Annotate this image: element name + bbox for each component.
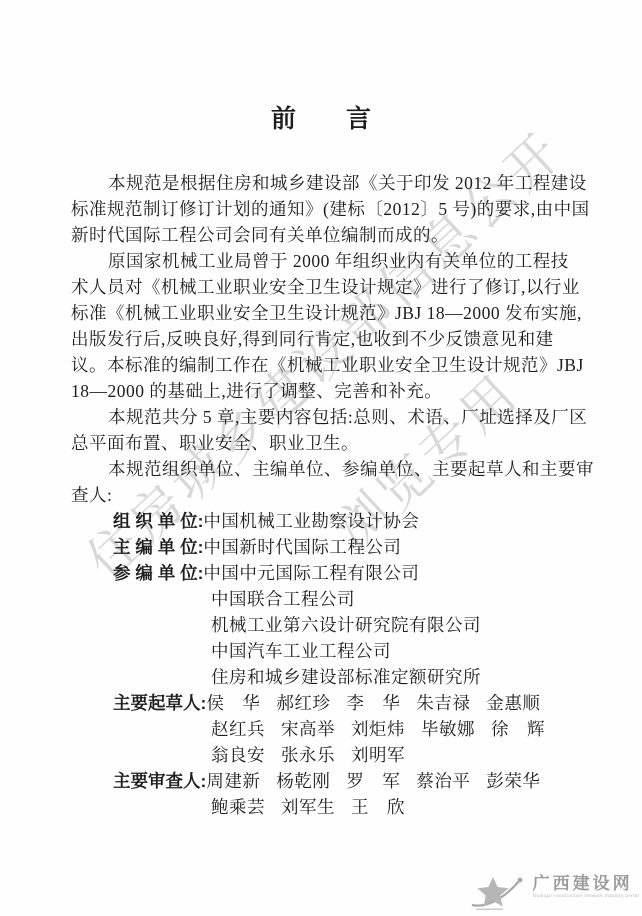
site-logo-text: 广西建设网 Guangxi construction network indus… [533,874,639,899]
unit-row: 中国联合工程公司 [71,586,576,612]
document-page: 住房城乡建设部信息公开 浏览专用 前 言 本规范是根据住房和城乡建设部《关于印发… [0,0,642,916]
person-name: 宋高举 [281,716,334,742]
paragraph-line: 总平面布置、职业安全、职业卫生。 [71,430,576,456]
person-name: 翁良安 [211,742,264,768]
unit-name: 中国汽车工业工程公司 [211,641,391,661]
person-name: 毕敏娜 [421,716,474,742]
paragraph-line: 本规范是根据住房和城乡建设部《关于印发 2012 年工程建设 [71,170,576,196]
paragraph: 本规范是根据住房和城乡建设部《关于印发 2012 年工程建设标准规范制订修订计划… [71,170,576,248]
people-label: 主要起草人: [113,693,206,713]
paragraph-line: 标准规范制订修订计划的通知》(建标〔2012〕5 号)的要求,由中国 [71,196,576,222]
person-name: 刘军生 [281,794,334,820]
paragraph-line: 出版发行后,反映良好,得到同行肯定,也收到不少反馈意见和建 [71,326,576,352]
person-name: 周建新 [206,768,259,794]
paragraph: 本规范组织单位、主编单位、参编单位、主要起草人和主要审查人: [71,456,576,508]
unit-row: 中国汽车工业工程公司 [71,638,576,664]
unit-row: 组 织 单 位:中国机械工业勘察设计协会 [71,508,576,534]
paragraph-line: 标准《机械工业职业安全卫生设计规范》JBJ 18—2000 发布实施, [71,300,576,326]
paragraph-line: 18—2000 的基础上,进行了调整、完善和补充。 [71,378,576,404]
unit-label: 参 编 单 位: [113,563,203,583]
unit-name: 中国新时代国际工程公司 [203,537,401,557]
person-name: 赵红兵 [211,716,264,742]
preface-content: 本规范是根据住房和城乡建设部《关于印发 2012 年工程建设标准规范制订修订计划… [71,170,576,820]
person-name: 朱吉禄 [416,690,469,716]
unit-name: 中国中元国际工程有限公司 [203,563,419,583]
person-name: 张永乐 [281,742,334,768]
people-row: 主要审查人:周建新杨乾刚罗 军蔡治平彭荣华 [71,768,576,794]
paragraph-line: 议。本标准的编制工作在《机械工业职业安全卫生设计规范》JBJ [71,352,576,378]
paragraph: 本规范共分 5 章,主要内容包括:总则、术语、厂址选择及厂区总平面布置、职业安全… [71,404,576,456]
unit-row: 主 编 单 位:中国新时代国际工程公司 [71,534,576,560]
site-logo-name: 广西建设网 [533,874,639,893]
person-name: 罗 军 [346,768,399,794]
person-name: 蔡治平 [416,768,469,794]
people-row: 翁良安张永乐刘明军 [71,742,576,768]
people-label: 主要审查人: [113,771,206,791]
person-name: 彭荣华 [486,768,539,794]
paragraph: 原国家机械工业局曾于 2000 年组织业内有关单位的工程技术人员对《机械工业职业… [71,248,576,404]
people-row: 鲍乘芸刘军生王 欣 [71,794,576,820]
unit-name: 住房和城乡建设部标准定额研究所 [211,667,481,687]
person-name: 侯 华 [206,690,259,716]
site-logo: 广西建设网 Guangxi construction network indus… [471,874,639,912]
unit-name: 中国机械工业勘察设计协会 [203,511,419,531]
paragraph-line: 查人: [71,482,576,508]
unit-row: 住房和城乡建设部标准定额研究所 [71,664,576,690]
unit-label: 组 织 单 位: [113,511,203,531]
paragraph-line: 本规范组织单位、主编单位、参编单位、主要起草人和主要审 [71,456,576,482]
person-name: 金惠顺 [486,690,539,716]
unit-label: 主 编 单 位: [113,537,203,557]
person-name: 郝红珍 [276,690,329,716]
paragraph-line: 本规范共分 5 章,主要内容包括:总则、术语、厂址选择及厂区 [71,404,576,430]
drafters-reviewers-list: 主要起草人:侯 华郝红珍李 华朱吉禄金惠顺赵红兵宋高举刘炬炜毕敏娜徐 辉翁良安张… [71,690,576,820]
unit-row: 机械工业第六设计研究院有限公司 [71,612,576,638]
site-logo-tagline: Guangxi construction network industry po… [533,893,639,899]
person-name: 鲍乘芸 [211,794,264,820]
person-name: 刘明军 [351,742,404,768]
preface-title: 前 言 [0,99,642,135]
person-name: 王 欣 [351,794,404,820]
paragraph-line: 新时代国际工程公司会同有关单位编制而成的。 [71,222,576,248]
unit-row: 参 编 单 位:中国中元国际工程有限公司 [71,560,576,586]
people-row: 赵红兵宋高举刘炬炜毕敏娜徐 辉 [71,716,576,742]
star-swoosh-icon [471,874,527,912]
unit-name: 机械工业第六设计研究院有限公司 [211,615,481,635]
editing-units-list: 组 织 单 位:中国机械工业勘察设计协会主 编 单 位:中国新时代国际工程公司参… [71,508,576,690]
person-name: 徐 辉 [491,716,544,742]
person-name: 刘炬炜 [351,716,404,742]
person-name: 杨乾刚 [276,768,329,794]
people-row: 主要起草人:侯 华郝红珍李 华朱吉禄金惠顺 [71,690,576,716]
preface-paragraphs: 本规范是根据住房和城乡建设部《关于印发 2012 年工程建设标准规范制订修订计划… [71,170,576,508]
paragraph-line: 原国家机械工业局曾于 2000 年组织业内有关单位的工程技 [71,248,576,274]
person-name: 李 华 [346,690,399,716]
paragraph-line: 术人员对《机械工业职业安全卫生设计规定》进行了修订,以行业 [71,274,576,300]
unit-name: 中国联合工程公司 [211,589,355,609]
